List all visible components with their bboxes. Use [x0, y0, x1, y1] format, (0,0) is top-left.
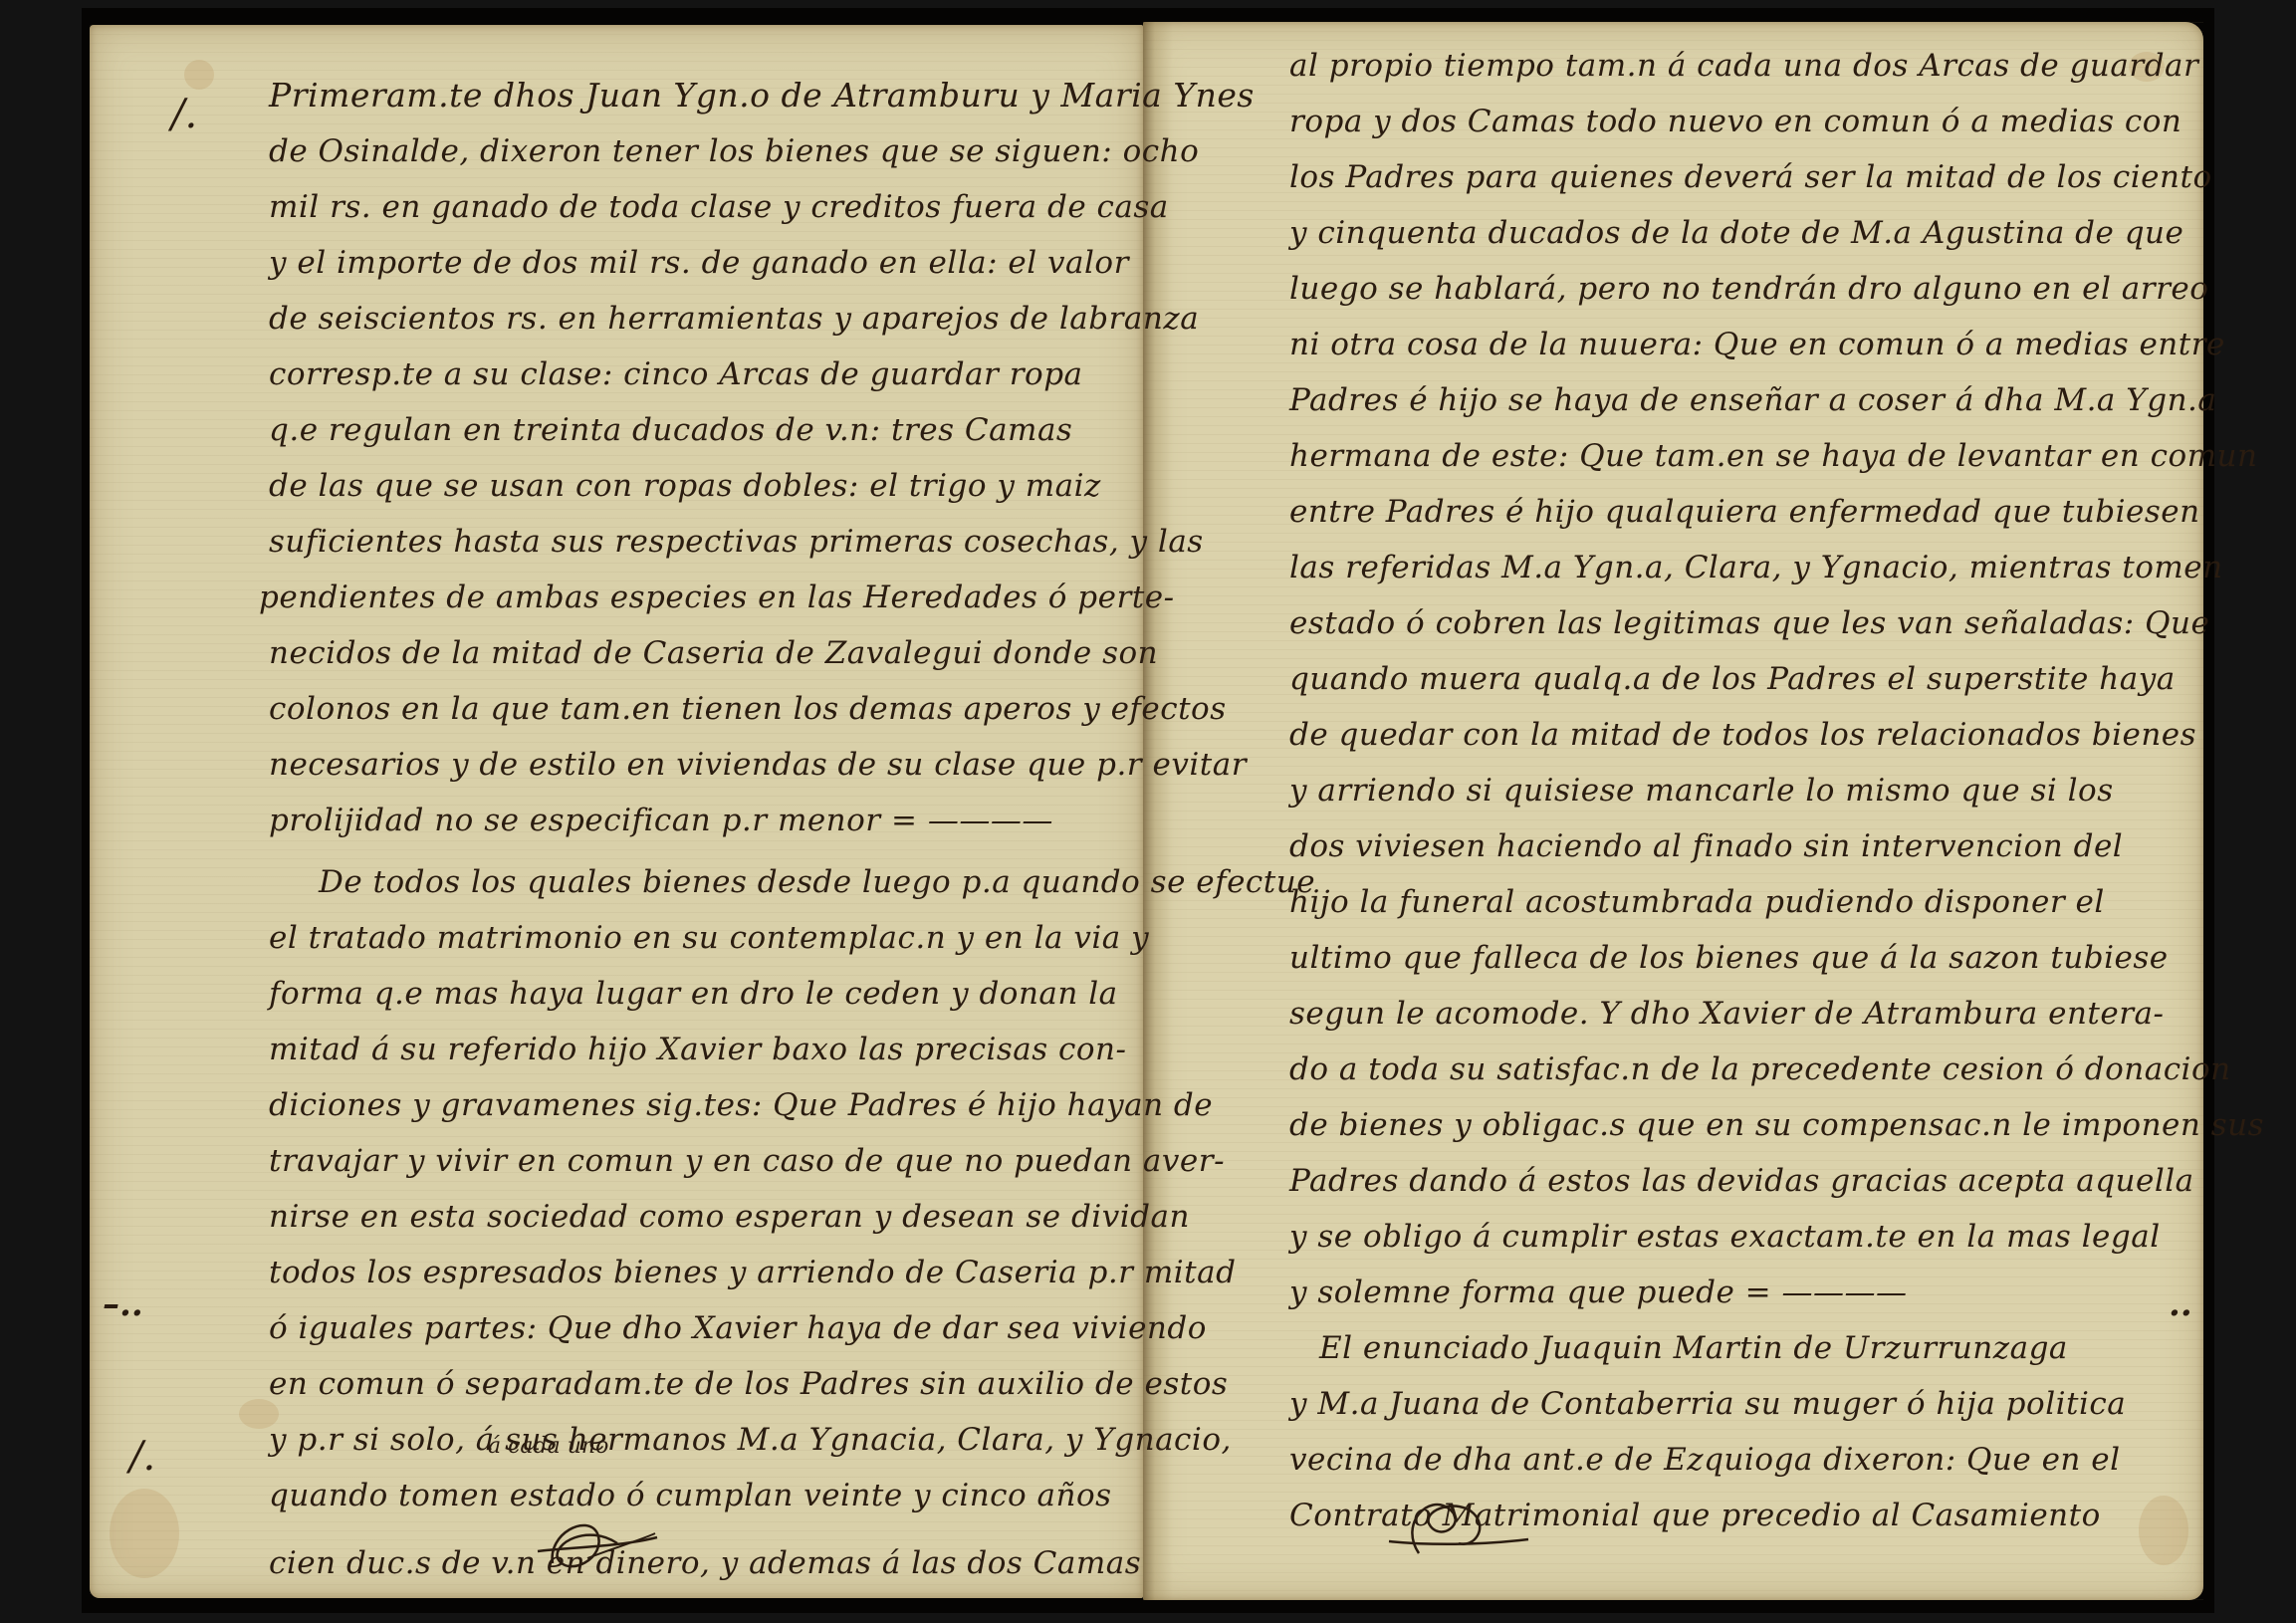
- text-line: las referidas M.a Ygn.a, Clara, y Ygnaci…: [1289, 548, 2223, 587]
- text-line: corresp.te a su clase: cinco Arcas de gu…: [269, 354, 1083, 394]
- text-line: q.e regulan en treinta ducados de v.n: t…: [269, 410, 1072, 450]
- text-line: y el importe de dos mil rs. de ganado en…: [269, 243, 1129, 283]
- text-line: hijo la funeral acostumbrada pudiendo di…: [1289, 882, 2105, 922]
- text-line: vecina de dha ant.e de Ezquioga dixeron:…: [1289, 1440, 2121, 1480]
- text-line: necidos de la mitad de Caseria de Zavale…: [269, 633, 1158, 673]
- margin-mark: /.: [129, 1434, 155, 1480]
- text-line: y cinquenta ducados de la dote de M.a Ag…: [1289, 213, 2183, 253]
- margin-mark: ..: [2169, 1284, 2192, 1324]
- text-line: de las que se usan con ropas dobles: el …: [269, 466, 1101, 506]
- rubric-flourish-icon: [528, 1504, 667, 1583]
- text-line: en comun ó separadam.te de los Padres si…: [269, 1364, 1228, 1404]
- paper-stain: [110, 1489, 179, 1578]
- text-line: y M.a Juana de Contaberria su muger ó hi…: [1289, 1384, 2126, 1424]
- text-line: de quedar con la mitad de todos los rela…: [1289, 715, 2196, 755]
- text-line: De todos los quales bienes desde luego p…: [319, 862, 1315, 902]
- paper-stain: [2139, 1496, 2188, 1565]
- text-line: hermana de este: Que tam.en se haya de l…: [1289, 436, 2257, 476]
- text-line: de bienes y obligac.s que en su compensa…: [1289, 1105, 2264, 1145]
- text-line: luego se hablará, pero no tendrán dro al…: [1289, 269, 2208, 309]
- text-line: Padres é hijo se haya de enseñar a coser…: [1289, 380, 2216, 420]
- text-line: colonos en la que tam.en tienen los dema…: [269, 689, 1227, 729]
- text-line: estado ó cobren las legitimas que les va…: [1289, 603, 2209, 643]
- text-line: segun le acomode. Y dho Xavier de Atramb…: [1289, 994, 2165, 1034]
- text-line: forma q.e mas haya lugar en dro le ceden…: [269, 974, 1118, 1014]
- margin-mark: /.: [171, 92, 197, 137]
- text-line: cien duc.s de v.n en dinero, y ademas á …: [269, 1543, 1141, 1583]
- text-line: ó iguales partes: Que dho Xavier haya de…: [269, 1308, 1207, 1348]
- text-line: el tratado matrimonio en su contemplac.n…: [269, 918, 1149, 958]
- text-line: pendientes de ambas especies en las Here…: [259, 578, 1175, 617]
- text-line: ropa y dos Camas todo nuevo en comun ó a…: [1289, 102, 2181, 141]
- text-line: necesarios y de estilo en viviendas de s…: [269, 745, 1247, 785]
- text-line: Primeram.te dhos Juan Ygn.o de Atramburu…: [269, 76, 1255, 116]
- text-line: entre Padres é hijo qualquiera enfermeda…: [1289, 492, 2200, 532]
- text-line: de Osinalde, dixeron tener los bienes qu…: [269, 131, 1199, 171]
- text-line: dos viviesen haciendo al finado sin inte…: [1289, 826, 2123, 866]
- text-line: travajar y vivir en comun y en caso de q…: [269, 1141, 1225, 1181]
- text-line: y se obligo á cumplir estas exactam.te e…: [1289, 1217, 2161, 1257]
- text-line: todos los espresados bienes y arriendo d…: [269, 1253, 1236, 1292]
- text-line: de seiscientos rs. en herramientas y apa…: [269, 299, 1199, 339]
- text-line: ni otra cosa de la nuuera: Que en comun …: [1289, 325, 2225, 364]
- text-line: El enunciado Juaquin Martin de Urzurrunz…: [1319, 1328, 2068, 1368]
- text-line: quando tomen estado ó cumplan veinte y c…: [269, 1476, 1112, 1515]
- text-line: y p.r si solo, á sus hermanos M.a Ygnaci…: [269, 1420, 1232, 1460]
- text-line: quando muera qualq.a de los Padres el su…: [1289, 659, 2176, 699]
- text-line: mitad á su referido hijo Xavier baxo las…: [269, 1030, 1127, 1069]
- interlinear-insert: á cada uno: [488, 1434, 608, 1459]
- margin-mark: –..: [103, 1284, 143, 1324]
- text-line: y solemne forma que puede = ————: [1289, 1273, 1908, 1312]
- text-line: mil rs. en ganado de toda clase y credit…: [269, 187, 1169, 227]
- text-line: nirse en esta sociedad como esperan y de…: [269, 1197, 1190, 1237]
- text-line: prolijidad no se especifican p.r menor =…: [269, 801, 1053, 840]
- text-line: ultimo que falleca de los bienes que á l…: [1289, 938, 2169, 978]
- text-line: y arriendo si quisiese mancarle lo mismo…: [1289, 771, 2114, 811]
- text-line: suficientes hasta sus respectivas primer…: [269, 522, 1204, 562]
- text-line: diciones y gravamenes sig.tes: Que Padre…: [269, 1085, 1213, 1125]
- rubric-flourish-icon: [1379, 1484, 1538, 1563]
- paper-stain: [184, 60, 214, 90]
- text-line: los Padres para quienes deverá ser la mi…: [1289, 157, 2212, 197]
- text-line: do a toda su satisfac.n de la precedente…: [1289, 1049, 2231, 1089]
- text-line: al propio tiempo tam.n á cada una dos Ar…: [1289, 46, 2198, 86]
- text-line: Padres dando á estos las devidas gracias…: [1289, 1161, 2194, 1201]
